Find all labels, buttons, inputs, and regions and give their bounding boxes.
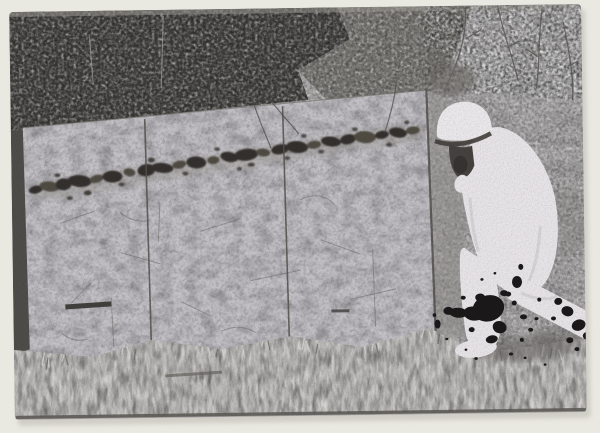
cool-tint: [9, 4, 587, 420]
photo-scene: [0, 0, 600, 433]
photograph: [9, 2, 595, 420]
scanned-photograph-page: [0, 0, 600, 433]
